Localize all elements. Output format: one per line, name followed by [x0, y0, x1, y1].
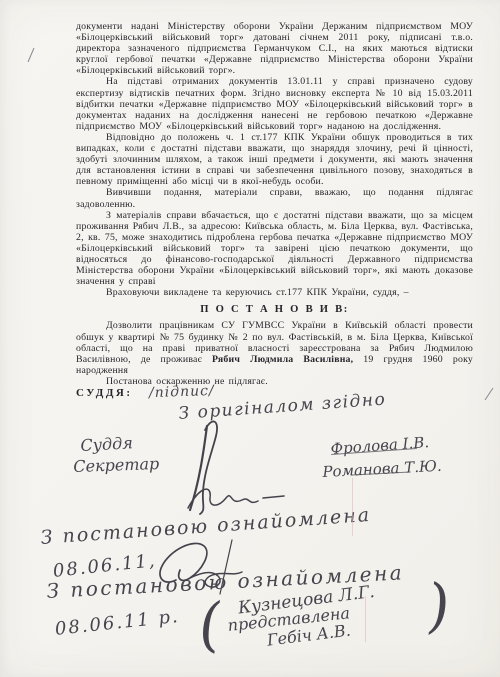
typed-text-block: документи надані Міністерству оборони Ук…: [76, 21, 473, 399]
paragraph-article-177: Відповідно до положень ч. 1 ст.177 КПК У…: [76, 132, 473, 187]
judge-signature-flourish: [160, 414, 295, 519]
paragraph-documents-provided: документи надані Міністерству оборони Ук…: [76, 21, 473, 76]
judge-label: СУДДЯ:: [76, 387, 133, 399]
resolution-heading: П О С Т А Н О В И В:: [76, 304, 473, 315]
scan-artifact-mark-top-left: [24, 46, 38, 64]
handwritten-name-secretary: Романова Т.Ю.: [322, 457, 442, 481]
close-parenthesis-stroke: ): [424, 575, 452, 635]
paragraph-considering: Враховуючи викладене та керуючись ст.177…: [76, 287, 473, 298]
handwritten-date-2: 08.06.11 р.: [54, 606, 181, 640]
paragraph-resolution: Дозволити працівникам СУ ГУМВСС України …: [76, 320, 473, 375]
paragraph-petition-review: Вивчивши подання, матеріали справи, вваж…: [76, 187, 473, 209]
paragraph-no-appeal: Постанова оскарженню не підлягає.: [76, 376, 473, 387]
scan-artifact-mark-right: [482, 386, 496, 402]
resolution-person-name: Рябич Людмила Василівна,: [212, 354, 353, 365]
paragraph-case-grounds: З матеріалів справи вбачається, що є дос…: [76, 210, 473, 288]
handwritten-signature-placeholder: /підпис/: [148, 386, 214, 399]
scan-artifact-pink-line-1: [352, 478, 353, 536]
handwritten-role-secretary: Секретар: [73, 454, 160, 476]
handwritten-role-judge: Суддя: [80, 433, 133, 455]
paragraph-expertise: На підставі отриманих документів 13.01.1…: [76, 76, 473, 131]
scan-artifact-pink-line-2: [365, 596, 366, 642]
scanned-document-page: документи надані Міністерству оборони Ук…: [0, 0, 500, 677]
